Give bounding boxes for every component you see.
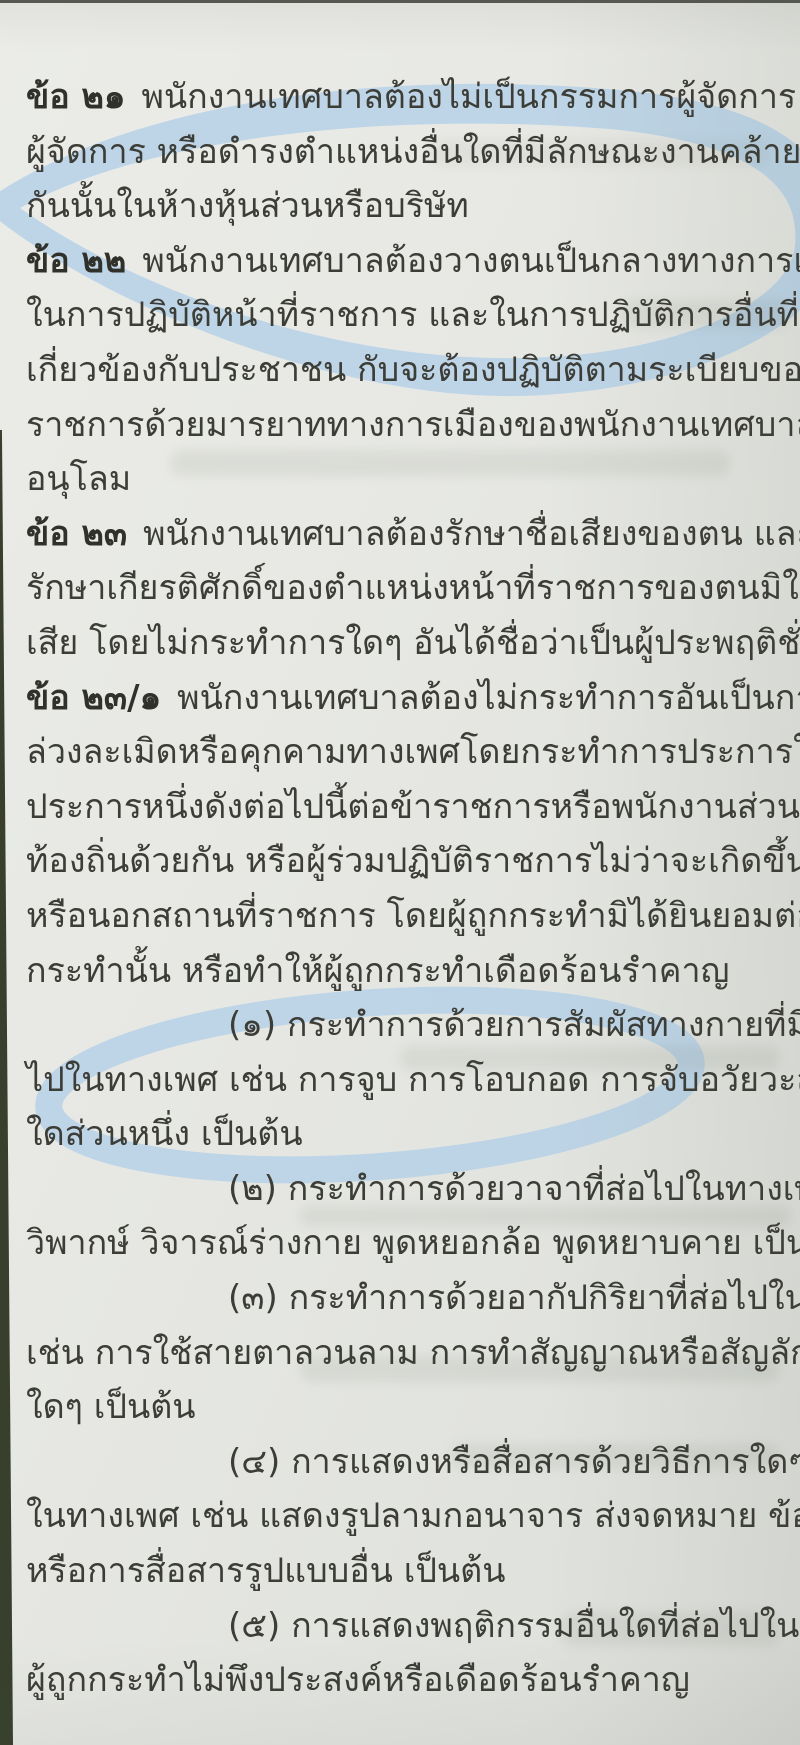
- scanned-document-page: ข้อ ๒๑พนักงานเทศบาลต้องไม่เป็นกรรมการผู้…: [0, 0, 800, 1745]
- line-text: ในการปฏิบัติหน้าที่ราชการ และในการปฏิบัต…: [26, 295, 799, 335]
- line-text: ไปในทางเพศ เช่น การจูบ การโอบกอด การจับอ…: [26, 1060, 800, 1100]
- section-heading-line: ข้อ ๒๑พนักงานเทศบาลต้องไม่เป็นกรรมการผู้…: [26, 70, 784, 125]
- page-edge-top: [0, 0, 800, 3]
- line-text: (๕) การแสดงพฤติกรรมอื่นใดที่ส่อไปในทางเพ…: [228, 1606, 800, 1646]
- line-text: ใดส่วนหนึ่ง เป็นต้น: [26, 1114, 303, 1154]
- line-text: พนักงานเทศบาลต้องวางตนเป็นกลางทางการเมือ…: [142, 241, 800, 281]
- text-line: ผู้จัดการ หรือดำรงตำแหน่งอื่นใดที่มีลักษ…: [26, 125, 784, 180]
- text-line: (๒) กระทำการด้วยวาจาที่ส่อไปในทางเพศ เช่…: [26, 1162, 784, 1217]
- document-text: ข้อ ๒๑พนักงานเทศบาลต้องไม่เป็นกรรมการผู้…: [26, 70, 784, 1708]
- line-text: วิพากษ์ วิจารณ์ร่างกาย พูดหยอกล้อ พูดหยา…: [26, 1223, 800, 1263]
- text-line: หรือการสื่อสารรูปแบบอื่น เป็นต้น: [26, 1544, 784, 1599]
- line-text: หรือนอกสถานที่ราชการ โดยผู้ถูกกระทำมิได้…: [26, 896, 800, 936]
- line-text: ผู้จัดการ หรือดำรงตำแหน่งอื่นใดที่มีลักษ…: [26, 132, 800, 172]
- line-text: เสีย โดยไม่กระทำการใดๆ อันได้ชื่อว่าเป็น…: [26, 623, 800, 663]
- text-line: ในทางเพศ เช่น แสดงรูปลามกอนาจาร ส่งจดหมา…: [26, 1489, 784, 1544]
- line-text: (๒) กระทำการด้วยวาจาที่ส่อไปในทางเพศ เช่…: [228, 1169, 800, 1209]
- text-line: (๕) การแสดงพฤติกรรมอื่นใดที่ส่อไปในทางเพ…: [26, 1599, 784, 1654]
- text-line: ผู้ถูกกระทำไม่พึงประสงค์หรือเดือดร้อนรำค…: [26, 1653, 784, 1708]
- text-line: (๑) กระทำการด้วยการสัมผัสทางกายที่มีลักษ…: [26, 998, 784, 1053]
- section-heading-line: ข้อ ๒๒พนักงานเทศบาลต้องวางตนเป็นกลางทางก…: [26, 234, 784, 289]
- line-text: ใดๆ เป็นต้น: [26, 1387, 196, 1427]
- section-number: ข้อ ๒๒: [26, 241, 126, 281]
- text-line: ราชการด้วยมารยาททางการเมืองของพนักงานเทศ…: [26, 398, 784, 453]
- line-text: กันนั้นในห้างหุ้นส่วนหรือบริษัท: [26, 186, 469, 226]
- line-text: รักษาเกียรติศักดิ์ของตำแหน่งหน้าที่ราชกา…: [26, 568, 800, 608]
- text-line: วิพากษ์ วิจารณ์ร่างกาย พูดหยอกล้อ พูดหยา…: [26, 1216, 784, 1271]
- text-line: ประการหนึ่งดังต่อไปนี้ต่อข้าราชการหรือพน…: [26, 780, 784, 835]
- line-text: พนักงานเทศบาลต้องไม่กระทำการอันเป็นการ: [177, 678, 800, 718]
- line-text: ล่วงละเมิดหรือคุกคามทางเพศโดยกระทำการประ…: [26, 732, 800, 772]
- text-line: ล่วงละเมิดหรือคุกคามทางเพศโดยกระทำการประ…: [26, 725, 784, 780]
- line-text: หรือการสื่อสารรูปแบบอื่น เป็นต้น: [26, 1551, 505, 1591]
- line-text: กระทำนั้น หรือทำให้ผู้ถูกกระทำเดือดร้อนร…: [26, 951, 730, 991]
- text-line: (๓) กระทำการด้วยอากัปกิริยาที่ส่อไปในทาง…: [26, 1271, 784, 1326]
- line-text: (๓) กระทำการด้วยอากัปกิริยาที่ส่อไปในทาง…: [228, 1278, 800, 1318]
- text-line: กันนั้นในห้างหุ้นส่วนหรือบริษัท: [26, 179, 784, 234]
- line-text: ในทางเพศ เช่น แสดงรูปลามกอนาจาร ส่งจดหมา…: [26, 1496, 800, 1536]
- line-text: พนักงานเทศบาลต้องไม่เป็นกรรมการผู้จัดการ…: [142, 77, 800, 117]
- text-line: ใดๆ เป็นต้น: [26, 1380, 784, 1435]
- section-number: ข้อ ๒๓: [26, 514, 127, 554]
- text-line: รักษาเกียรติศักดิ์ของตำแหน่งหน้าที่ราชกา…: [26, 561, 784, 616]
- line-text: ประการหนึ่งดังต่อไปนี้ต่อข้าราชการหรือพน…: [26, 787, 800, 827]
- text-line: อนุโลม: [26, 452, 784, 507]
- text-line: ท้องถิ่นด้วยกัน หรือผู้ร่วมปฏิบัติราชการ…: [26, 834, 784, 889]
- text-line: หรือนอกสถานที่ราชการ โดยผู้ถูกกระทำมิได้…: [26, 889, 784, 944]
- text-line: กระทำนั้น หรือทำให้ผู้ถูกกระทำเดือดร้อนร…: [26, 944, 784, 999]
- text-line: เช่น การใช้สายตาลวนลาม การทำสัญญาณหรือสั…: [26, 1326, 784, 1381]
- text-line: ในการปฏิบัติหน้าที่ราชการ และในการปฏิบัต…: [26, 288, 784, 343]
- text-line: เกี่ยวข้องกับประชาชน กับจะต้องปฏิบัติตาม…: [26, 343, 784, 398]
- text-line: ไปในทางเพศ เช่น การจูบ การโอบกอด การจับอ…: [26, 1053, 784, 1108]
- section-number: ข้อ ๒๑: [26, 77, 126, 117]
- line-text: ผู้ถูกกระทำไม่พึงประสงค์หรือเดือดร้อนรำค…: [26, 1660, 690, 1700]
- text-line: ใดส่วนหนึ่ง เป็นต้น: [26, 1107, 784, 1162]
- line-text: พนักงานเทศบาลต้องรักษาชื่อเสียงของตน และ: [143, 514, 800, 554]
- line-text: ท้องถิ่นด้วยกัน หรือผู้ร่วมปฏิบัติราชการ…: [26, 841, 800, 881]
- section-heading-line: ข้อ ๒๓พนักงานเทศบาลต้องรักษาชื่อเสียงของ…: [26, 507, 784, 562]
- text-line: เสีย โดยไม่กระทำการใดๆ อันได้ชื่อว่าเป็น…: [26, 616, 784, 671]
- line-text: (๔) การแสดงหรือสื่อสารด้วยวิธีการใดๆ ที่…: [228, 1442, 800, 1482]
- page-edge-left: [0, 430, 13, 1745]
- line-text: ราชการด้วยมารยาททางการเมืองของพนักงานเทศ…: [26, 405, 800, 445]
- section-number: ข้อ ๒๓/๑: [26, 678, 161, 718]
- line-text: อนุโลม: [26, 459, 131, 499]
- line-text: เกี่ยวข้องกับประชาชน กับจะต้องปฏิบัติตาม…: [26, 350, 800, 390]
- section-heading-line: ข้อ ๒๓/๑พนักงานเทศบาลต้องไม่กระทำการอันเ…: [26, 671, 784, 726]
- line-text: (๑) กระทำการด้วยการสัมผัสทางกายที่มีลักษ…: [228, 1005, 800, 1045]
- text-line: (๔) การแสดงหรือสื่อสารด้วยวิธีการใดๆ ที่…: [26, 1435, 784, 1490]
- line-text: เช่น การใช้สายตาลวนลาม การทำสัญญาณหรือสั…: [26, 1333, 800, 1373]
